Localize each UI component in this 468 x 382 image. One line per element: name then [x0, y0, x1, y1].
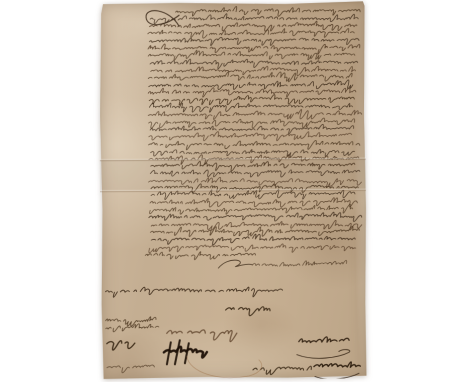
- handwriting-line: [148, 49, 357, 61]
- docket-line: [106, 286, 283, 297]
- handwriting-line: [151, 189, 355, 200]
- handwriting-line: [150, 226, 359, 237]
- water-stain-ring: [187, 356, 262, 378]
- manuscript-document: [99, 1, 367, 379]
- handwriting-line: [150, 124, 357, 134]
- handwriting-line: [149, 80, 353, 90]
- handwriting-line: [148, 71, 354, 82]
- date-line: [145, 251, 255, 259]
- signature-bottom-right-underline: [315, 373, 359, 379]
- handwriting-line: [151, 234, 355, 246]
- handwriting-line: [149, 94, 354, 105]
- valediction-line: [252, 260, 346, 266]
- handwriting-line: [149, 37, 359, 46]
- handwriting-line: [148, 43, 360, 55]
- signature-right-underline: [297, 350, 350, 359]
- handwriting-line: [150, 58, 361, 69]
- handwriting-line: [149, 102, 352, 113]
- signature-bottom-right-1: [253, 366, 314, 374]
- signature-right: [299, 337, 349, 343]
- docket-signature: [226, 307, 270, 316]
- handwriting-line: [150, 13, 358, 24]
- handwriting-line: [148, 87, 359, 98]
- marginal-mark: [107, 341, 138, 350]
- signature-bottom-right-2: [314, 362, 360, 368]
- photo-background: [0, 0, 468, 382]
- handwriting-line: [149, 212, 362, 223]
- handwriting-line: [150, 21, 360, 32]
- marginal-note-line-1: [106, 317, 156, 327]
- handwriting-line: [151, 220, 362, 231]
- signature-center: [167, 330, 237, 342]
- handwriting-line: [151, 66, 356, 77]
- handwriting-line: [150, 198, 357, 209]
- valediction-swash: [218, 260, 252, 268]
- handwriting-line: [148, 109, 361, 120]
- handwriting-layer: [99, 1, 367, 379]
- marginal-note-line-2: [106, 324, 162, 332]
- handwriting-line: [149, 140, 360, 150]
- handwriting-line: [149, 243, 356, 253]
- handwriting-line: [176, 6, 361, 17]
- handwriting-line: [150, 169, 360, 178]
- handwriting-line: [149, 131, 355, 141]
- handwriting-line: [149, 154, 359, 165]
- signature-bottom-left: [107, 365, 155, 373]
